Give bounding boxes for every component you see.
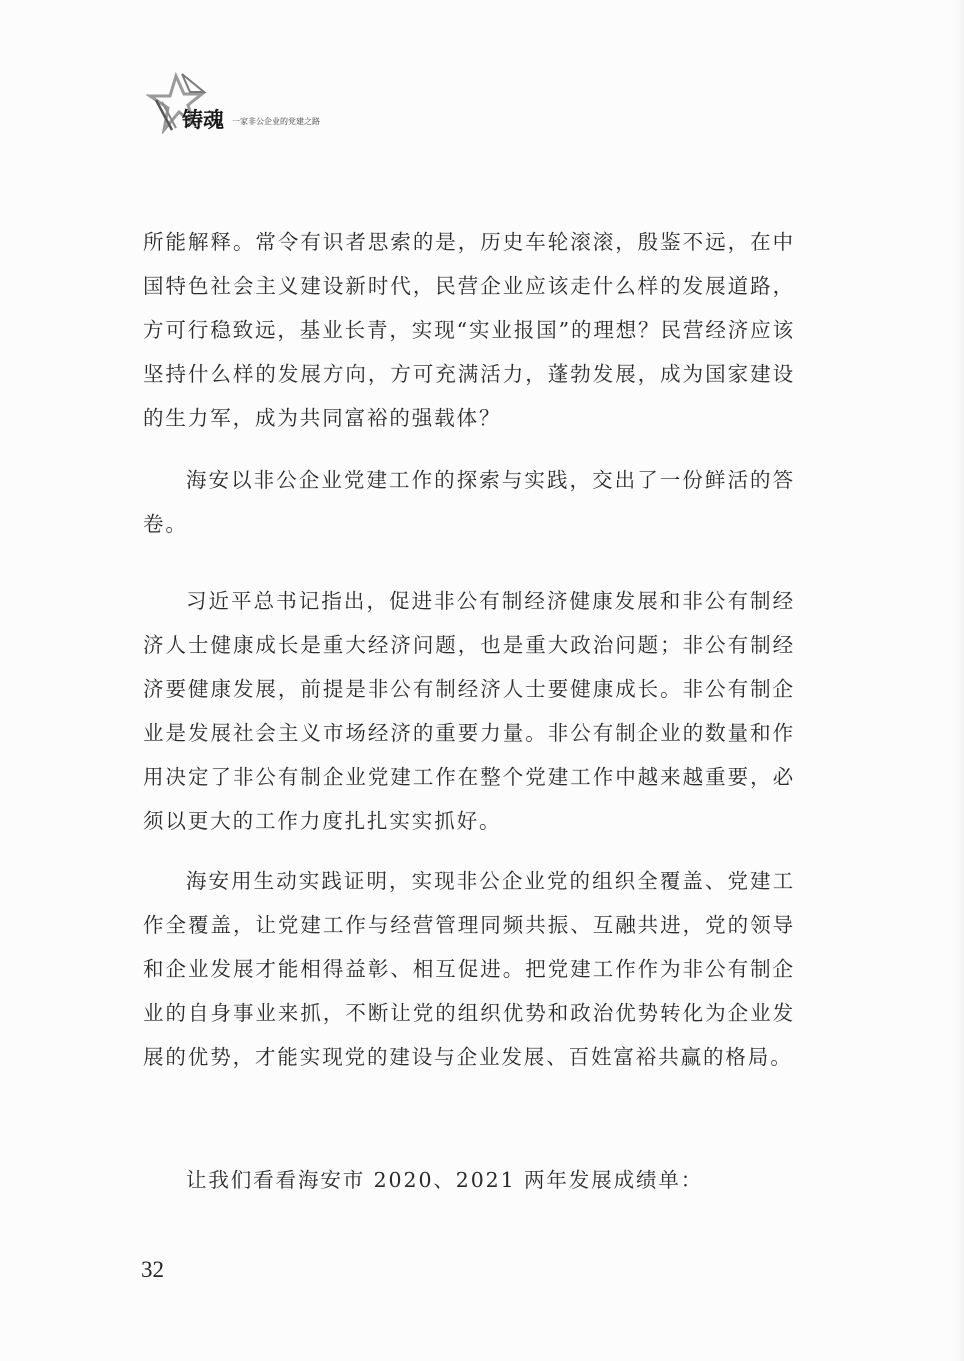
page-number: 32: [141, 1256, 164, 1284]
book-subtitle: 一家非公企业的党建之路: [232, 117, 320, 127]
paragraph-4: 海安用生动实践证明，实现非公企业党的组织全覆盖、党建工作全覆盖，让党建工作与经营…: [143, 859, 795, 1079]
paragraph-1: 所能解释。常令有识者思索的是，历史车轮滚滚，殷鉴不远，在中国特色社会主义建设新时…: [143, 220, 795, 440]
running-header: 铸魂 一家非公企业的党建之路: [146, 72, 406, 136]
paragraph-3: 习近平总书记指出，促进非公有制经济健康发展和非公有制经济人士健康成长是重大经济问…: [143, 579, 795, 843]
book-title: 铸魂: [182, 108, 224, 132]
paragraph-5: 让我们看看海安市 2020、2021 两年发展成绩单：: [143, 1158, 795, 1202]
page-edge: [952, 0, 964, 1361]
paragraph-2: 海安以非公企业党建工作的探索与实践，交出了一份鲜活的答卷。: [143, 458, 795, 546]
